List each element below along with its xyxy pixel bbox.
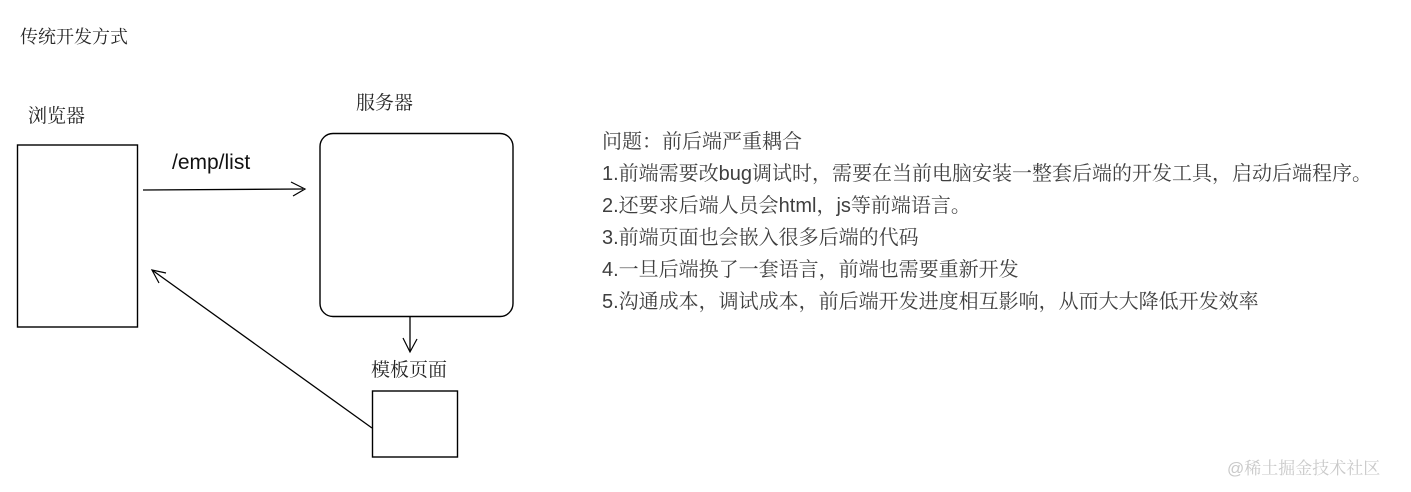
page-title: 传统开发方式 xyxy=(20,23,128,49)
response-arrow-line xyxy=(152,270,372,428)
request-arrow-line xyxy=(143,189,303,190)
diagram-canvas: 传统开发方式 浏览器 服务器 模板页面 /emp/list 问题：前后端严重耦合… xyxy=(0,0,1411,492)
problem-item: 2.还要求后端人员会html，js等前端语言。 xyxy=(602,190,1372,222)
problem-item: 1.前端需要改bug调试时，需要在当前电脑安装一整套后端的开发工具，启动后端程序… xyxy=(602,158,1372,190)
problem-item: 5.沟通成本，调试成本，前后端开发进度相互影响，从而大大降低开发效率 xyxy=(602,286,1372,318)
browser-label: 浏览器 xyxy=(28,101,85,128)
server-label: 服务器 xyxy=(356,88,413,115)
problem-item: 4.一旦后端换了一套语言，前端也需要重新开发 xyxy=(602,254,1372,286)
server-box xyxy=(320,134,513,317)
problems-heading: 问题：前后端严重耦合 xyxy=(602,126,1372,158)
request-path-label: /emp/list xyxy=(172,151,250,175)
template-label: 模板页面 xyxy=(371,355,447,382)
problems-panel: 问题：前后端严重耦合 1.前端需要改bug调试时，需要在当前电脑安装一整套后端的… xyxy=(602,126,1372,318)
problem-item: 3.前端页面也会嵌入很多后端的代码 xyxy=(602,222,1372,254)
template-box xyxy=(373,391,458,457)
browser-box xyxy=(18,145,138,327)
watermark: @稀土掘金技术社区 xyxy=(1227,454,1380,479)
